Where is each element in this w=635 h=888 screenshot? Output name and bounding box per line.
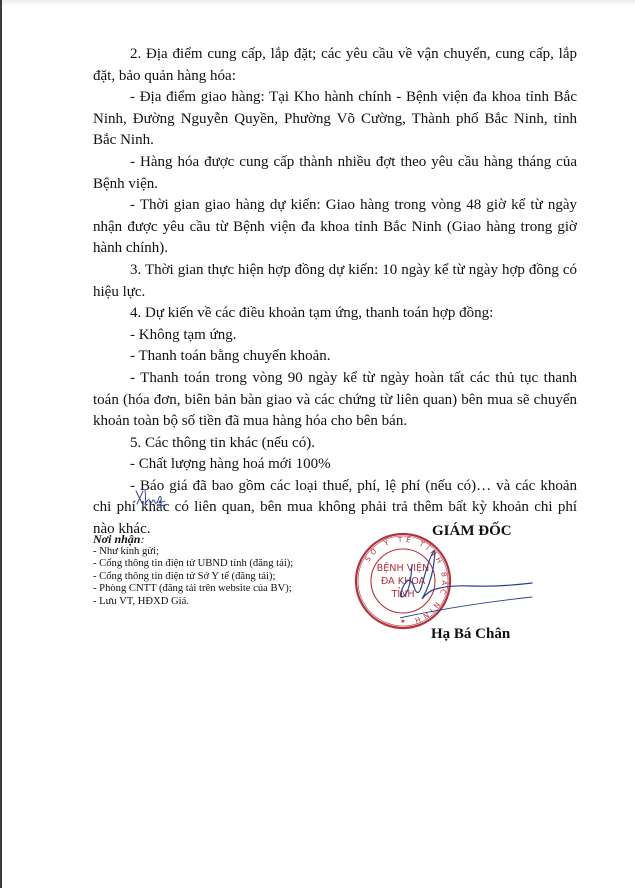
paragraph-bank-transfer: - Thanh toán bằng chuyển khoản. <box>93 346 577 368</box>
paragraph-delivery-time: - Thời gian giao hàng dự kiến: Giao hàng… <box>93 195 577 260</box>
paragraph-delivery-location-heading: 2. Địa điểm cung cấp, lắp đặt; các yêu c… <box>93 44 577 87</box>
recipients-title-colon: : <box>140 532 144 546</box>
paragraph-other-info-heading: 5. Các thông tin khác (nếu có). <box>93 433 577 455</box>
recipient-item: - Như kính gửi; <box>93 546 373 559</box>
recipient-item: - Lưu VT, HĐXD Giá. <box>93 596 373 609</box>
recipient-item: - Cổng thông tin điện tử UBND tỉnh (đăng… <box>93 558 373 571</box>
paragraph-contract-duration: 3. Thời gian thực hiện hợp đồng dự kiến:… <box>93 260 577 303</box>
paragraph-quality: - Chất lượng hàng hoá mới 100% <box>93 454 577 476</box>
paragraph-delivery-batches: - Hàng hóa được cung cấp thành nhiều đợt… <box>93 152 577 195</box>
recipient-item: - Cổng thông tin điện tử Sở Y tế (đăng t… <box>93 571 373 584</box>
recipient-item: - Phòng CNTT (đăng tải trên website của … <box>93 583 373 596</box>
director-signature-icon <box>400 545 535 635</box>
paragraph-no-advance: - Không tạm ứng. <box>93 325 577 347</box>
paragraph-payment-within-90-days: - Thanh toán trong vòng 90 ngày kể từ ng… <box>93 368 577 433</box>
initials-signature-icon <box>134 487 168 511</box>
page-top-shadow <box>2 0 635 6</box>
paragraph-payment-terms-heading: 4. Dự kiến về các điều khoản tạm ứng, th… <box>93 303 577 325</box>
recipients-block: Nơi nhận: - Như kính gửi; - Cổng thông t… <box>93 533 373 609</box>
page-left-edge <box>0 0 2 888</box>
recipients-title-text: Nơi nhận <box>93 532 140 546</box>
signer-name: Hạ Bá Chân <box>431 626 510 643</box>
paragraph-delivery-address: - Địa điểm giao hàng: Tại Kho hành chính… <box>93 87 577 152</box>
recipients-title: Nơi nhận: <box>93 533 373 546</box>
document-body: 2. Địa điểm cung cấp, lắp đặt; các yêu c… <box>93 44 577 541</box>
